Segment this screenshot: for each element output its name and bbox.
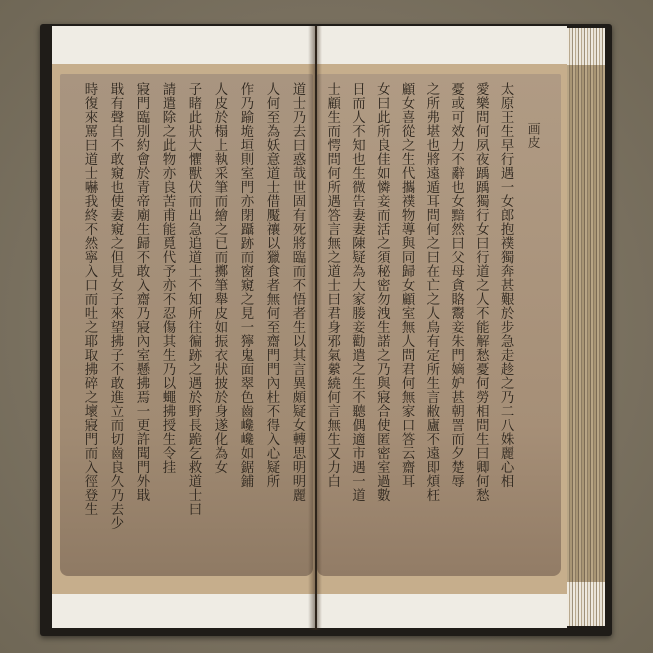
left-page-text: 道士乃去曰惑哉世固有死將臨而不悟者生以其言異頗疑女轉思明明麗 人何至為妖意道士借… [62,82,310,572]
text-column: 寢門臨別約會於青帝廟生歸不敢入齋乃寢內室懸拂焉一更許聞門外戢 [128,82,154,562]
text-column: 戢有聲自不敢窺也使妻窺之但見女子來望拂子不敢進立而切齒良久乃去少 [102,82,128,562]
chapter-title: 画皮 [518,82,547,602]
text-column: 之所弗堪也將遠遁耳問何之曰在亡之人烏有定所生言敝廬不遠即煩枉 [419,82,444,562]
right-margin-space [547,82,560,562]
text-column: 子睹此狀大懼獸伏而出急追道士不知所往徧跡之遇於野長跪乞救道士曰 [180,82,206,562]
text-column: 士顧生而愕問何所遇答言無之道士曰君身邪氣縈繞何言無生又力白 [320,82,345,562]
text-column: 女曰此所良佳如憐妾而活之須秘密勿洩生諾之乃與寢合使匿密室過數 [370,82,395,562]
page-stack-edge [567,28,605,626]
text-column: 請遣除之此物亦良苦甫能覓代予亦不忍傷其生乃以蠅拂授生令挂 [154,82,180,562]
text-column: 道士乃去曰惑哉世固有死將臨而不悟者生以其言異頗疑女轉思明明麗 [284,82,310,562]
right-page-text: 画皮 太原王生早行遇一女郎抱襆獨奔甚艱於步急走趁之乃二八姝麗心相 愛樂問何夙夜踽… [320,82,560,572]
text-column: 人皮於榻上執采筆而繪之已而擲筆舉皮如振衣狀披於身遂化為女 [206,82,232,562]
text-column: 人何至為妖意道士借魘禳以獵食者無何至齋門門內杜不得入心疑所 [258,82,284,562]
text-column: 作乃踰垝垣則室門亦閉躡跡而窗窺之見一獰鬼面翠色齒巉巉如鋸鋪 [232,82,258,562]
text-column: 太原王生早行遇一女郎抱襆獨奔甚艱於步急走趁之乃二八姝麗心相 [493,82,518,562]
text-column: 日而人不知也生微告妻妻陳疑為大家媵妾勸遣之生不聽偶適市遇一道 [345,82,370,562]
text-column: 時復來罵曰道士嚇我終不然寧入口而吐之耶取拂碎之壞寢門而入徑登生 [76,82,102,562]
page-stack-band [567,65,605,582]
text-column: 顧女喜從之生代攜襆物導與同歸女顧室無人問君何無家口答云齋耳 [394,82,419,562]
text-column: 愛樂問何夙夜踽踽獨行女曰行道之人不能解愁憂何勞相問生曰卿何愁 [469,82,494,562]
text-column: 憂或可效力不辭也女黯然曰父母貪賂鬻妾朱門嫡妒甚朝詈而夕楚辱 [444,82,469,562]
